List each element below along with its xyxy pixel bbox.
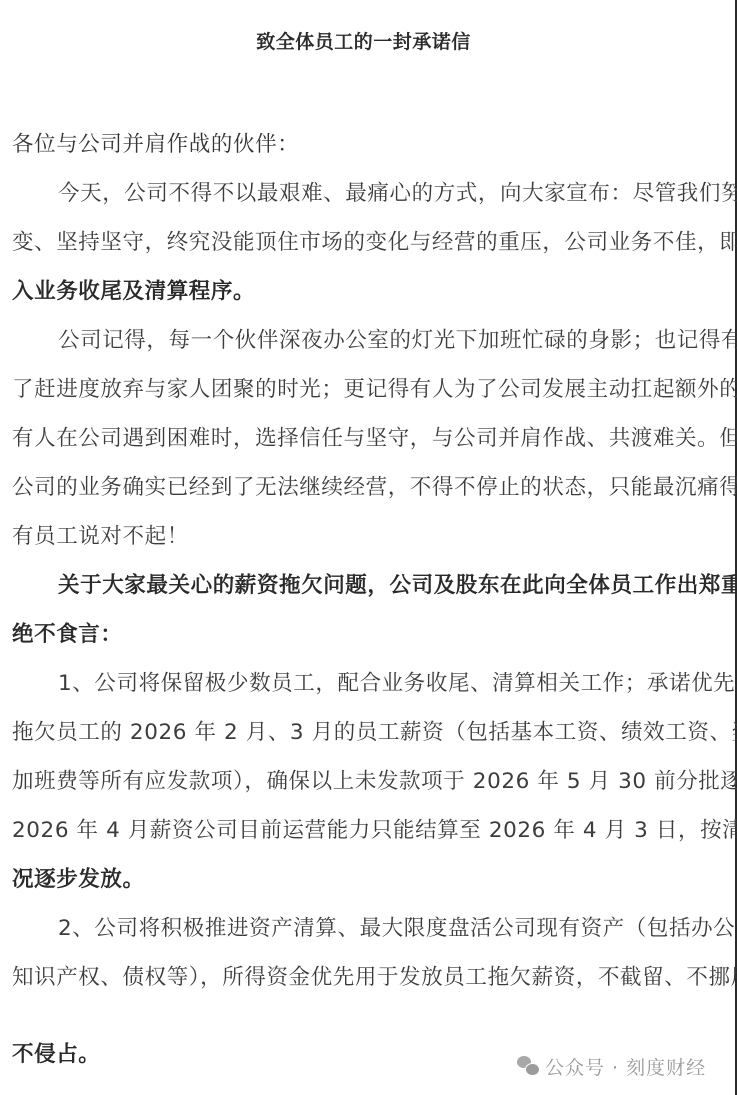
greeting: 各位与公司并肩作战的伙伴： — [12, 130, 722, 160]
paragraph-line: 变、坚持坚守，终究没能顶住市场的变化与经营的重压，公司业务不佳，即将进 — [12, 228, 722, 258]
paragraph-line: 绝不食言： — [12, 620, 722, 650]
wechat-icon — [517, 1056, 539, 1076]
paragraph-line: 加班费等所有应发款项），确保以上未发款项于 2026 年 5 月 30 前分批逐… — [12, 767, 722, 797]
paragraph-line: 公司记得，每一个伙伴深夜办公室的灯光下加班忙碌的身影；也记得有人为 — [58, 326, 722, 356]
paragraph-line: 1、公司将保留极少数员工，配合业务收尾、清算相关工作；承诺优先发放 — [58, 669, 722, 699]
paragraph-line: 2026 年 4 月薪资公司目前运营能力只能结算至 2026 年 4 月 3 日… — [12, 816, 722, 846]
watermark-text: 公众号 · 刻度财经 — [545, 1053, 706, 1080]
watermark: 公众号 · 刻度财经 — [517, 1052, 706, 1080]
paragraph-line: 关于大家最关心的薪资拖欠问题，公司及股东在此向全体员工作出郑重承诺， — [58, 571, 722, 601]
paragraph-line: 拖欠员工的 2026 年 2 月、3 月的员工薪资（包括基本工资、绩效工资、奖金… — [12, 718, 722, 748]
letter-page: 致全体员工的一封承诺信 各位与公司并肩作战的伙伴： 今天，公司不得不以最艰难、最… — [0, 0, 737, 1095]
paragraph-line: 有员工说对不起！ — [12, 522, 722, 552]
paragraph-line: 今天，公司不得不以最艰难、最痛心的方式，向大家宣布：尽管我们努力求 — [58, 179, 722, 209]
paragraph-line: 2、公司将积极推进资产清算、最大限度盘活公司现有资产（包括办公设备、 — [58, 914, 722, 944]
paragraph-line: 有人在公司遇到困难时，选择信任与坚守，与公司并肩作战、共渡难关。但目前 — [12, 424, 722, 454]
paragraph-line: 况逐步发放。 — [12, 865, 722, 895]
paragraph-line: 公司的业务确实已经到了无法继续经营，不得不停止的状态，只能最沉痛得跟所 — [12, 473, 722, 503]
paragraph-line: 了赶进度放弃与家人团聚的时光；更记得有人为了公司发展主动扛起额外的责任， — [12, 375, 722, 405]
paragraph-line: 入业务收尾及清算程序。 — [12, 277, 722, 307]
paragraph-line: 知识产权、债权等），所得资金优先用于发放员工拖欠薪资，不截留、不挪用、 — [12, 963, 722, 993]
letter-title: 致全体员工的一封承诺信 — [0, 27, 727, 54]
